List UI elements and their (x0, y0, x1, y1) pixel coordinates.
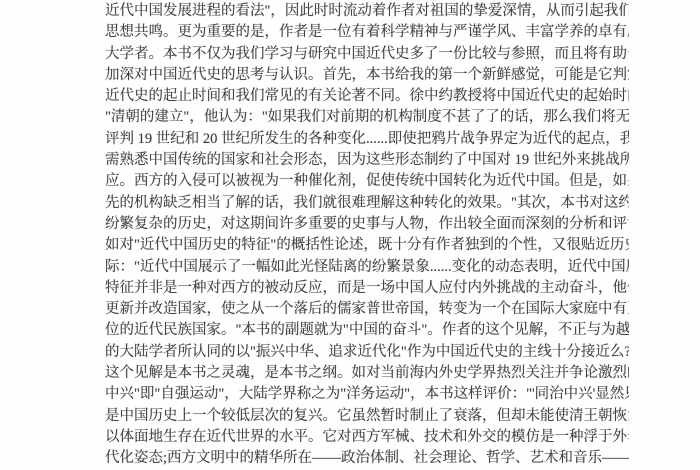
text-line: 如对"近代中国历史的特征"的概括性论述，既十分有作者独到的个性，又很贴近历史的实 (105, 235, 629, 256)
text-line: 评判 19 世纪和 20 世纪所发生的各种变化......即使把鸦片战争界定为近… (105, 129, 629, 150)
text-line: "清朝的建立"，他认为："如果我们对前期的机构制度不甚了了的话，那么我们将无法全… (105, 107, 629, 128)
text-line: 是中国历史上一个较低层次的复兴。它虽然暂时制止了衰落，但却未能使清王朝恢复到足 (105, 406, 629, 427)
text-line: 需熟悉中国传统的国家和社会形态，因为这些形态制约了中国对 19 世纪外来挑战所作… (105, 150, 629, 171)
text-line: 的大陆学者所认同的以"振兴中华、追求近代化"作为中国近代史的主线十分接近么?作者… (105, 342, 629, 363)
document-page: 近代中国发展进程的看法"，因此时时流动着作者对祖国的挚爱深情，从而引起我们深深的… (0, 0, 700, 470)
text-line: 位的近代民族国家。"本书的副题就为"中国的奋斗"。作者的这个见解，不正与为越来越… (105, 320, 629, 341)
text-line: 近代中国发展进程的看法"，因此时时流动着作者对祖国的挚爱深情，从而引起我们深深的 (105, 1, 629, 22)
text-line: 以体面地生存在近代世界的水平。它对西方军械、技术和外交的模仿是一种浮于外表的现 (105, 427, 629, 448)
text-line: 特征并非是一种对西方的被动反应，而是一场中国人应付内外挑战的主动奋斗，他们力图 (105, 278, 629, 299)
text-line: 应。西方的入侵可以被视为一种催化剂，促使传统中国转化为近代中国。但是，如果对原 (105, 171, 629, 192)
text-line: 大学者。本书不仅为我们学习与研究中国近代史多了一份比较与参照，而且将有助于我们 (105, 44, 629, 65)
text-line: 思想共鸣。更为重要的是，作者是一位有着科学精神与严谨学风、丰富学养的卓有成就的 (105, 22, 629, 43)
text-line: 代化姿态;西方文明中的精华所在——政治体制、社会理论、哲学、艺术和音乐——全然没 (105, 448, 629, 469)
text-line: 纷繁复杂的历史，对这期间许多重要的史事与人物，作出较全面而深刻的分析和评论。例 (105, 214, 629, 235)
text-line: 先的机构缺乏相当了解的话，我们就很难理解这种转化的效果。"其次，本书对这约 40… (105, 193, 629, 214)
text-line: 中兴"即"自强运动"，大陆学界称之为"洋务运动"，本书这样评价："'同治中兴'显… (105, 384, 629, 405)
text-line: 更新并改造国家，使之从一个落后的儒家普世帝国，转变为一个在国际大家庭中有正当席 (105, 299, 629, 320)
text-line: 这个见解是本书之灵魂，是本书之纲。如对当前海内外史学界热烈关注并争论激烈的"同治 (105, 363, 629, 384)
document-body: 近代中国发展进程的看法"，因此时时流动着作者对祖国的挚爱深情，从而引起我们深深的… (105, 1, 629, 470)
text-line: 际："近代中国展示了一幅如此光怪陆离的纷繁景象......变化的动态表明，近代中… (105, 257, 629, 278)
text-line: 近代史的起止时间和我们常见的有关论著不同。徐中约教授将中国近代史的起始时间定在 (105, 86, 629, 107)
text-line: 加深对中国近代史的思考与认识。首先，本书给我的第一个新鲜感觉，可能是它判定中国 (105, 65, 629, 86)
